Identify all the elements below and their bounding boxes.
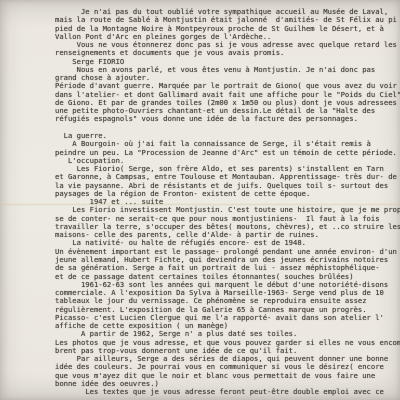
text-line: Les textes que je vous adresse feront pe… bbox=[55, 388, 400, 396]
text-line: réfugiés espagnols" vous donne une idée … bbox=[55, 115, 400, 123]
letter-page: Je n'ai pas du tout oublié votre sympath… bbox=[0, 0, 400, 400]
letter-text: Je n'ai pas du tout oublié votre sympath… bbox=[55, 8, 400, 396]
